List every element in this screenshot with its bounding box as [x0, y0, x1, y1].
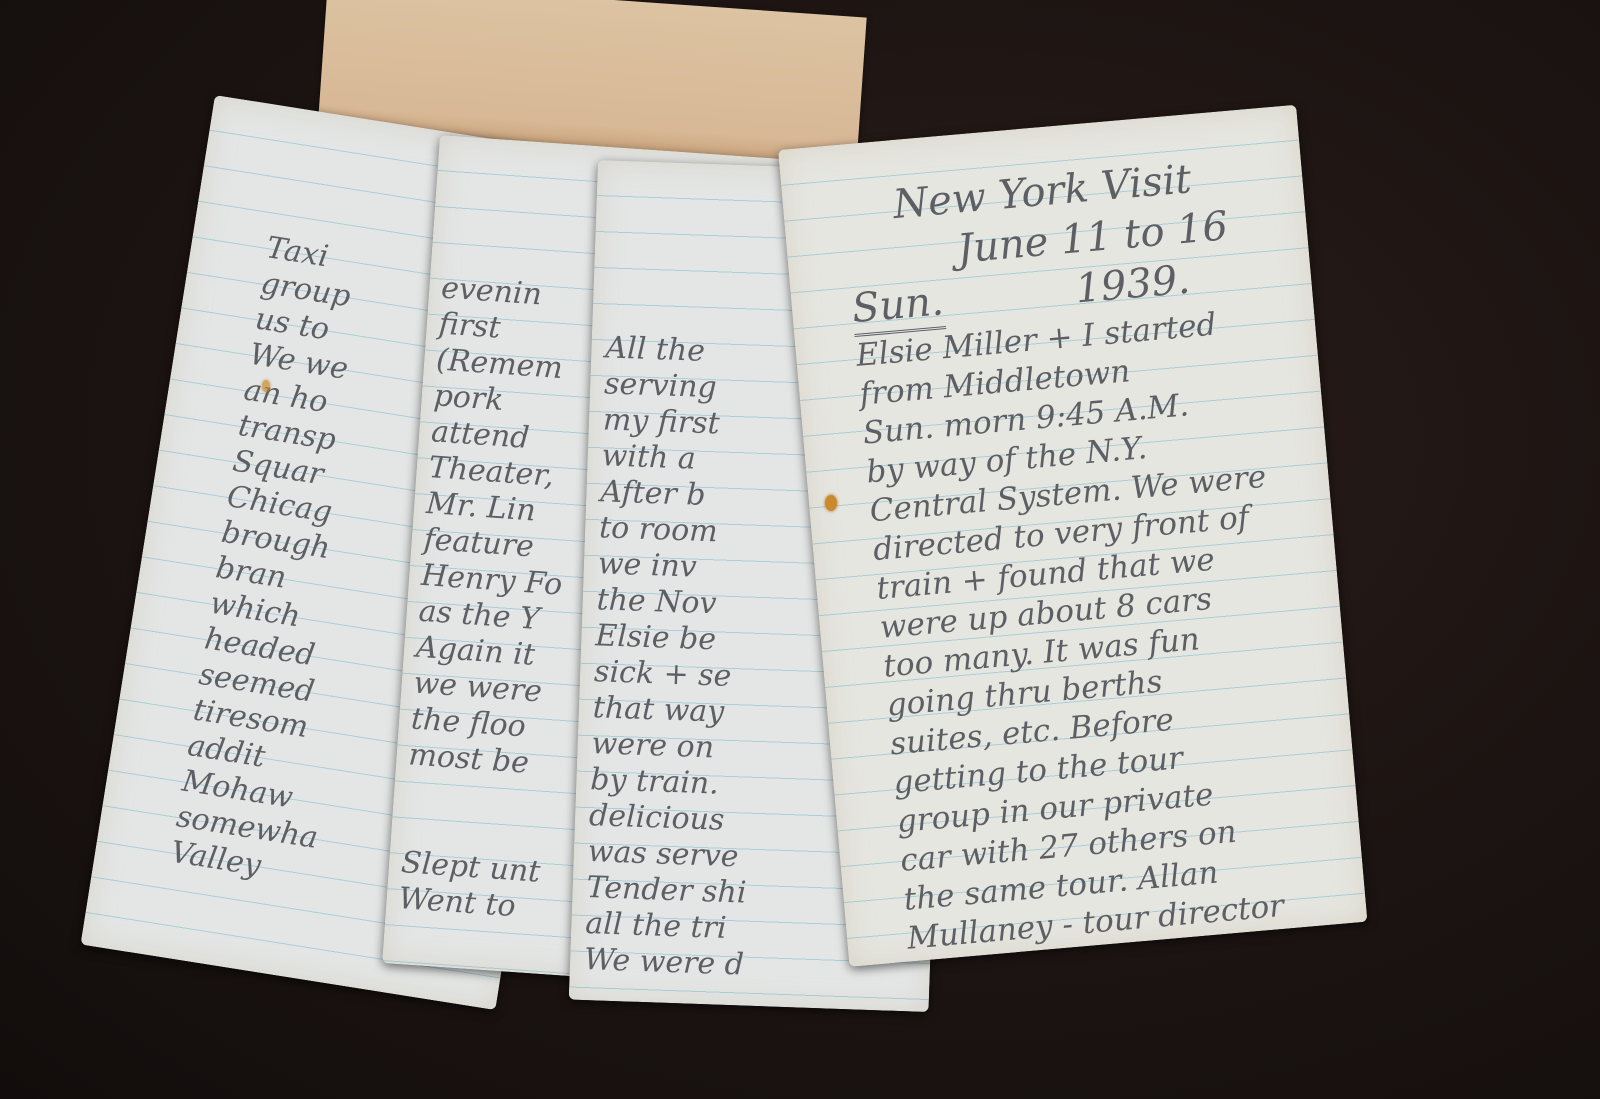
rust-stain [262, 380, 270, 392]
rust-stain [825, 495, 837, 511]
journal-day: Sun. [850, 276, 946, 337]
journal-year: 1939. [1074, 257, 1192, 313]
page-front-text: New York Visit June 11 to 16 Sun. 1939. … [781, 145, 1367, 967]
notebook-page-front: New York Visit June 11 to 16 Sun. 1939. … [778, 105, 1367, 967]
